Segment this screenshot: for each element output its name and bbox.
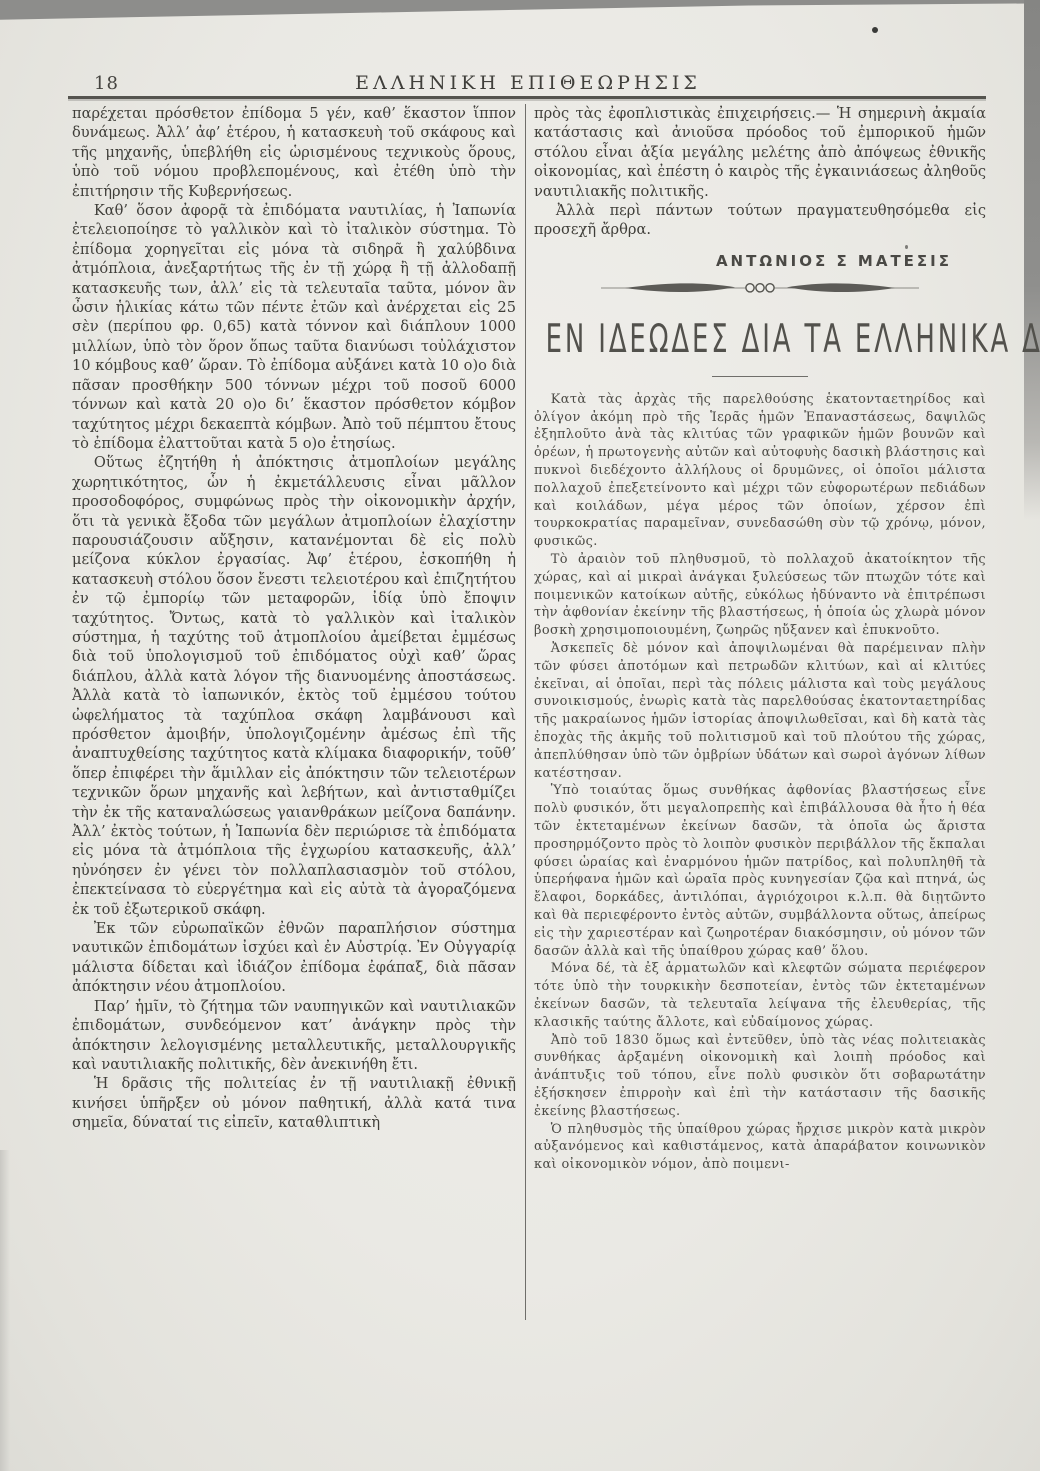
header-rule	[68, 96, 986, 99]
paragraph: Παρ’ ἡμῖν, τὸ ζήτημα τῶν ναυπηγικῶν καὶ …	[72, 997, 516, 1075]
author-signature: ΑΝΤΩΝΙΟΣ Σ ΜΑΤΕΣΙΣ	[534, 252, 986, 270]
paragraph: Ὁ πληθυσμὸς τῆς ὑπαίθρου χώρας ἤρχισε μι…	[534, 1121, 986, 1174]
paragraph: Ἀπὸ τοῦ 1830 ὅμως καὶ ἐντεῦθεν, ὑπὸ τὰς …	[534, 1032, 986, 1121]
paragraph: Οὕτως ἐζητήθη ἡ ἀπόκτησις ἀτμοπλοίων μεγ…	[72, 453, 516, 919]
article-continuation: πρὸς τὰς ἐφοπλιστικὰς ἐπιχειρήσεις.— Ἡ σ…	[534, 104, 986, 240]
scan-edge-right	[1024, 0, 1040, 520]
scanned-page: 18 ΕΛΛΗΝΙΚΗ ΕΠΙΘΕΩΡΗΣΙΣ παρέχεται πρόσθε…	[0, 0, 1040, 1471]
paragraph: Καθ’ ὅσον ἀφορᾷ τὰ ἐπιδόματα ναυτιλίας, …	[72, 201, 516, 453]
page-columns: παρέχεται πρόσθετον ἐπίδομα 5 γέν, καθ’ …	[72, 104, 986, 1320]
page-header: 18 ΕΛΛΗΝΙΚΗ ΕΠΙΘΕΩΡΗΣΙΣ	[70, 68, 986, 94]
journal-title: ΕΛΛΗΝΙΚΗ ΕΠΙΘΕΩΡΗΣΙΣ	[70, 72, 986, 94]
article-title: ΕΝ ΙΔΕΩΔΕΣ ΔΙΑ ΤΑ ΕΛΛΗΝΙΚΑ ΔΑΣΗ	[534, 318, 986, 356]
paragraph: Κατὰ τὰς ἀρχὰς τῆς παρελθούσης ἑκατονταε…	[534, 391, 986, 551]
right-column: πρὸς τὰς ἐφοπλιστικὰς ἐπιχειρήσεις.— Ἡ σ…	[534, 104, 986, 1174]
paragraph: Τὸ ἀραιὸν τοῦ πληθυσμοῦ, τὸ πολλαχοῦ ἀκα…	[534, 551, 986, 640]
paragraph: Μόνα δέ, τὰ ἐξ ἁρματωλῶν καὶ κλεφτῶν σώμ…	[534, 960, 986, 1031]
ink-speck	[872, 27, 878, 33]
paragraph: Ἡ δρᾶσις τῆς πολιτείας ἐν τῇ ναυτιλιακῇ …	[72, 1074, 516, 1132]
scan-edge-top	[0, 0, 1040, 34]
left-column: παρέχεται πρόσθετον ἐπίδομα 5 γέν, καθ’ …	[72, 104, 516, 1133]
column-divider	[525, 104, 526, 1320]
flourish-divider-icon	[534, 278, 986, 302]
paragraph: παρέχεται πρόσθετον ἐπίδομα 5 γέν, καθ’ …	[72, 104, 516, 201]
paragraph: Ἀλλὰ περὶ πάντων τούτων πραγματευθησόμεθ…	[534, 201, 986, 240]
scan-edge-left-shade	[0, 1150, 10, 1471]
article-body: Κατὰ τὰς ἀρχὰς τῆς παρελθούσης ἑκατονταε…	[534, 391, 986, 1174]
paragraph: Ἀσκεπεῖς δὲ μόνον καὶ ἀποψιλωμέναι θὰ πα…	[534, 640, 986, 782]
article-title-text: ΕΝ ΙΔΕΩΔΕΣ ΔΙΑ ΤΑ ΕΛΛΗΝΙΚΑ ΔΑΣΗ	[546, 317, 1040, 362]
paragraph: Ἐκ τῶν εὐρωπαϊκῶν ἐθνῶν παραπλήσιον σύστ…	[72, 919, 516, 997]
paragraph: πρὸς τὰς ἐφοπλιστικὰς ἐπιχειρήσεις.— Ἡ σ…	[534, 104, 986, 201]
paragraph: Ὑπὸ τοιαύτας ὅμως συνθήκας ἀφθονίας βλασ…	[534, 782, 986, 960]
title-rule	[712, 376, 808, 377]
